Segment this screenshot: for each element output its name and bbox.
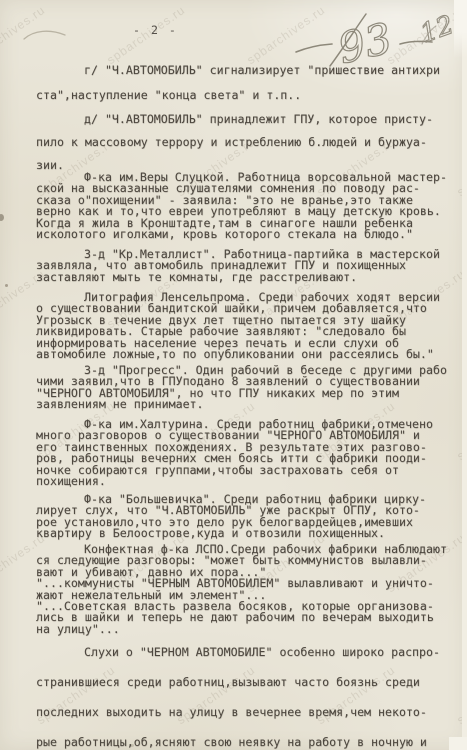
paragraph-bolshevichka: Ф-ка "Большевичка". Среди работниц фабри… bbox=[36, 494, 462, 540]
paragraph-kr-metallist: З-д "Кр.Металлист". Работница-партийка в… bbox=[36, 249, 462, 283]
paper-speck bbox=[0, 214, 4, 221]
paragraph-lenselprom: Литография Ленсельпрома. Среди рабочих х… bbox=[36, 292, 462, 360]
pencil-stroke-mark bbox=[22, 26, 68, 44]
paragraph-d: д/ "Ч.АВТОМОБИЛЬ" принадлежит ГПУ, котор… bbox=[36, 108, 462, 177]
paragraph-vera-slutskaya: Ф-ка им.Веры Слуцкой. Работница ворсовал… bbox=[36, 172, 462, 240]
paragraph-khalturina: Ф-ка им.Халтурина. Среди работниц фабрик… bbox=[36, 419, 462, 487]
scan-edge-right bbox=[462, 0, 467, 750]
paragraph-konfektnaya: Конфектная ф-ка ЛСПО.Среди рабочих фабри… bbox=[36, 544, 462, 635]
paper-speck bbox=[5, 284, 8, 287]
paragraph-rumors-summary: Слухи о "ЧЕРНОМ АВТОМОБИЛЕ" особенно шир… bbox=[36, 637, 462, 750]
page-number: - 2 - bbox=[133, 23, 178, 37]
paragraph-progress: З-д "Прогресс". Один рабочий в беседе с … bbox=[36, 365, 462, 411]
scanned-document-page: spbarchives.ruspbarchives.ruspbarchives.… bbox=[0, 0, 467, 750]
paragraph-g: г/ "Ч.АВТОМОБИЛЬ" сигнализирует "пришест… bbox=[36, 58, 462, 108]
handwritten-corner-mark: 12 bbox=[410, 6, 462, 50]
